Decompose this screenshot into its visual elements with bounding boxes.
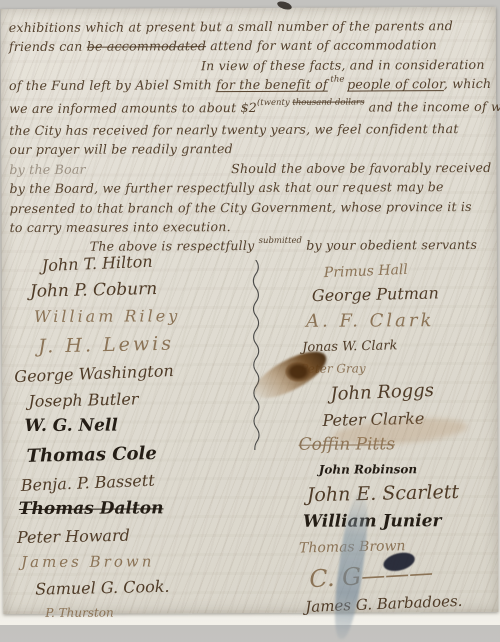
signature: P. Thurston [15, 606, 253, 619]
text-segment: presented to that branch of the City Gov… [10, 199, 472, 216]
body-line: by the Board, we further respectfully as… [9, 177, 491, 199]
signature: John Roggs [294, 380, 497, 406]
signature: Peter Howard [15, 525, 253, 546]
signature: William Junier [295, 512, 497, 530]
signature: John E. Scarlett [295, 482, 497, 505]
signature: James Brown [15, 554, 253, 570]
text-segment: , which [444, 76, 492, 91]
text-segment: be accommodated [87, 39, 206, 55]
text-segment: exhibitions which at present but a small… [9, 18, 453, 35]
signature: Samuel G. Cook. [15, 577, 253, 598]
signature: Joseph Butler [14, 389, 252, 410]
text-segment: and the income of which [364, 98, 500, 114]
text-segment: for the benefit of [216, 77, 328, 92]
text-segment: friends can [9, 39, 87, 54]
text-segment: we are informed amounts to about $2 [9, 100, 257, 116]
body-line: by the BoarShould the above be favorably… [9, 158, 491, 180]
signature: W. G. Nell [14, 417, 252, 435]
text-segment: by the Board, we further respectfully as… [9, 179, 443, 196]
text-segment: by the Boar [9, 160, 85, 180]
body-line: In view of these facts, and in considera… [9, 55, 491, 77]
text-segment: to carry measures into execution. [10, 219, 231, 235]
signature: George Putman [294, 285, 496, 305]
text-segment: people of color [347, 76, 444, 91]
text-segment: our prayer will be readily granted [9, 142, 233, 158]
text-segment: of the Fund left by Abiel Smith [9, 77, 216, 93]
body-line: of the Fund left by Abiel Smith for the … [9, 74, 491, 99]
signature: Benja. P. Bassett [15, 469, 253, 494]
text-segment: thousand dollars [292, 97, 364, 107]
body-line: presented to that branch of the City Gov… [10, 197, 492, 219]
petition-body: exhibitions which at present but a small… [9, 16, 492, 260]
signature: A. F. Clark [294, 312, 496, 331]
signature: George Washington [14, 360, 252, 385]
ink-stain-blob [285, 362, 311, 382]
text-segment: by your obedient servants [302, 237, 477, 253]
signature: James G. Barbadoes. [295, 592, 497, 615]
body-line: exhibitions which at present but a small… [9, 16, 491, 38]
signature: Thomas Cole [14, 443, 252, 466]
body-line: we are informed amounts to about $2(twen… [9, 97, 491, 122]
signature: Jonas W. Clark [294, 338, 496, 355]
body-line: friends can be accommodated attend for w… [9, 35, 491, 57]
text-segment: the [328, 75, 347, 85]
body-line: our prayer will be readily granted [9, 138, 491, 160]
text-segment: the City has received for nearly twenty … [9, 121, 458, 138]
body-line: to carry measures into execution. [10, 216, 492, 238]
text-segment: Should the above be favorably received [231, 158, 491, 179]
signature: John P. Coburn [14, 278, 252, 300]
column-brace-squiggle [249, 260, 264, 454]
text-segment: submitted [259, 236, 302, 246]
text-segment: attend for want of accommodation [206, 38, 437, 54]
signature: William Riley [14, 308, 252, 325]
signature: J. H. Lewis [14, 333, 252, 357]
text-segment: (twenty [257, 97, 292, 107]
text-segment: In view of these facts, and in considera… [201, 57, 485, 73]
signature: Thomas Dalton [15, 500, 253, 518]
document-page: exhibitions which at present but a small… [1, 7, 499, 614]
signature: John Robinson [295, 463, 497, 476]
body-line: the City has received for nearly twenty … [9, 119, 491, 141]
signature: Primus Hall [294, 259, 496, 281]
signature-column-left: John T. HiltonJohn P. CoburnWilliam Rile… [14, 254, 254, 619]
